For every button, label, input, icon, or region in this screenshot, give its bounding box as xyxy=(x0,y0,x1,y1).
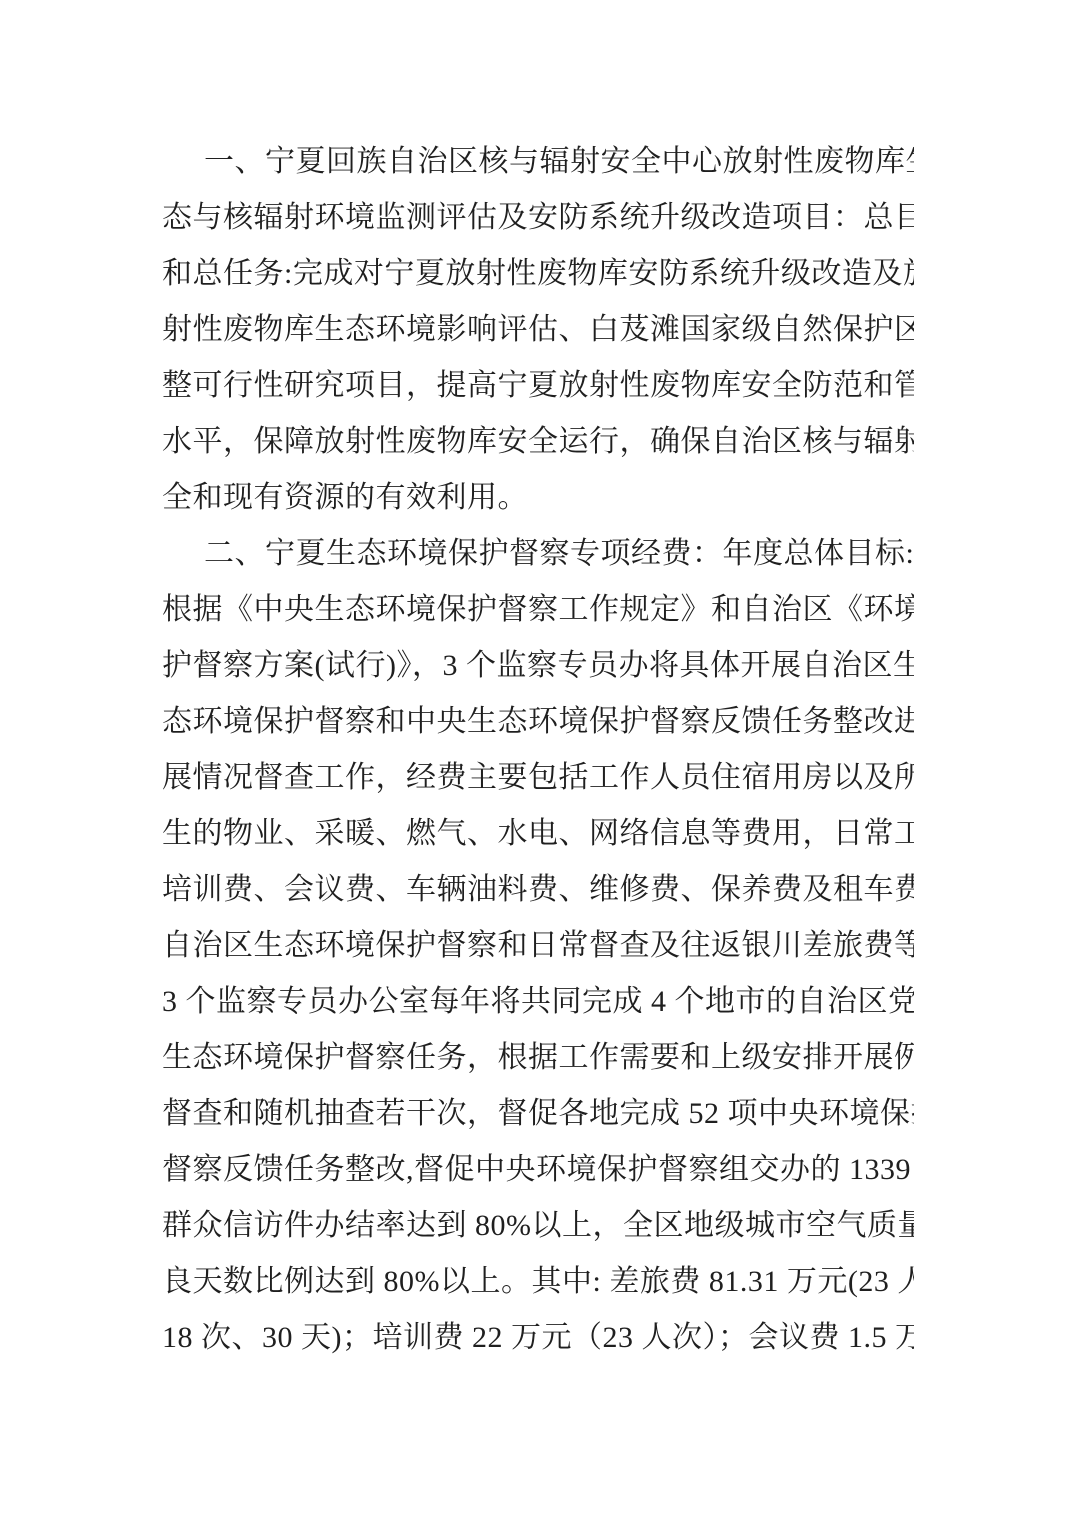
text-line: 和总任务:完成对宁夏放射性废物库安防系统升级改造及放 xyxy=(162,246,914,302)
text-line: 态环境保护督察和中央生态环境保护督察反馈任务整改进 xyxy=(162,694,914,750)
text-line: 生态环境保护督察任务，根据工作需要和上级安排开展例行 xyxy=(162,1030,914,1086)
text-line: 自治区生态环境保护督察和日常督查及往返银川差旅费等。 xyxy=(162,918,914,974)
text-line: 培训费、会议费、车辆油料费、维修费、保养费及租车费， xyxy=(162,862,914,918)
text-line: 群众信访件办结率达到 80%以上，全区地级城市空气质量优 xyxy=(162,1198,914,1254)
text-line: 18 次、30 天)；培训费 22 万元（23 人次）；会议费 1.5 万 xyxy=(162,1310,914,1366)
text-line: 生的物业、采暖、燃气、水电、网络信息等费用，日常工作 xyxy=(162,806,914,862)
text-line: 二、宁夏生态环境保护督察专项经费：年度总体目标: xyxy=(162,526,914,582)
text-line: 良天数比例达到 80%以上。其中: 差旅费 81.31 万元(23 人、 xyxy=(162,1254,914,1310)
text-line: 根据《中央生态环境保护督察工作规定》和自治区《环境保 xyxy=(162,582,914,638)
text-line: 一、宁夏回族自治区核与辐射安全中心放射性废物库生 xyxy=(162,134,914,190)
text-line: 整可行性研究项目，提高宁夏放射性废物库安全防范和管理 xyxy=(162,358,914,414)
document-body: 一、宁夏回族自治区核与辐射安全中心放射性废物库生 态与核辐射环境监测评估及安防系… xyxy=(162,134,914,1366)
text-line: 全和现有资源的有效利用。 xyxy=(162,470,914,526)
document-page: 一、宁夏回族自治区核与辐射安全中心放射性废物库生 态与核辐射环境监测评估及安防系… xyxy=(0,0,1074,1520)
text-line: 督查和随机抽查若干次，督促各地完成 52 项中央环境保护 xyxy=(162,1086,914,1142)
text-line: 护督察方案(试行)》，3 个监察专员办将具体开展自治区生 xyxy=(162,638,914,694)
text-line: 展情况督查工作，经费主要包括工作人员住宿用房以及所产 xyxy=(162,750,914,806)
text-line: 3 个监察专员办公室每年将共同完成 4 个地市的自治区党委 xyxy=(162,974,914,1030)
text-line: 射性废物库生态环境影响评估、白芨滩国家级自然保护区调 xyxy=(162,302,914,358)
text-line: 督察反馈任务整改,督促中央环境保护督察组交办的 1339 件 xyxy=(162,1142,914,1198)
text-line: 水平，保障放射性废物库安全运行，确保自治区核与辐射安 xyxy=(162,414,914,470)
text-line: 态与核辐射环境监测评估及安防系统升级改造项目：总目标 xyxy=(162,190,914,246)
